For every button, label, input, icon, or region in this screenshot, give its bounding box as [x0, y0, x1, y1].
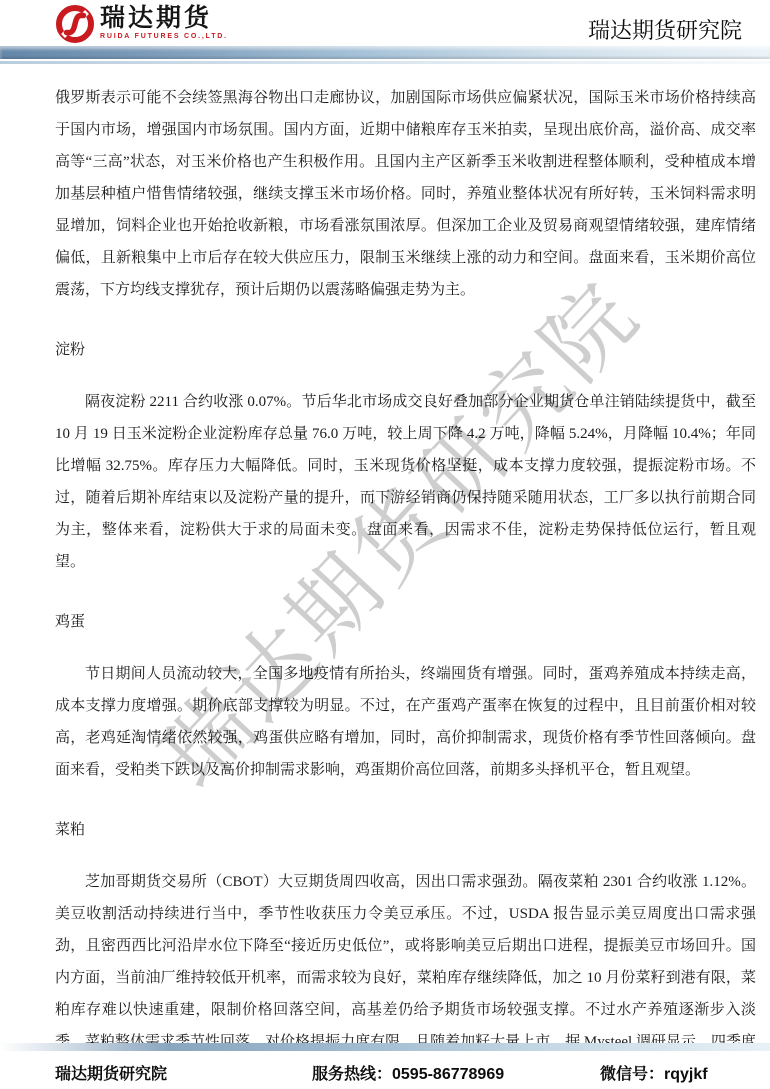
logo-en-text: RUIDA FUTURES CO.,LTD. — [100, 33, 228, 40]
footer-institute: 瑞达期货研究院 — [55, 1061, 167, 1084]
footer-divider-bar — [0, 1043, 770, 1051]
footer-hotline: 服务热线：0595-86778969 — [312, 1061, 504, 1084]
page-header: 瑞达期货 RUIDA FUTURES CO.,LTD. 瑞达期货研究院 — [0, 0, 770, 46]
logo-cn-text: 瑞达期货 — [100, 4, 228, 32]
report-page: 瑞达期货 RUIDA FUTURES CO.,LTD. 瑞达期货研究院 瑞达期货… — [0, 0, 770, 1089]
section-heading-eggs: 鸡蛋 — [55, 612, 756, 632]
section-heading-starch: 淀粉 — [55, 340, 756, 360]
ruida-logo-text: 瑞达期货 RUIDA FUTURES CO.,LTD. — [100, 4, 228, 40]
page-footer: 瑞达期货研究院 服务热线：0595-86778969 微信号：rqyjkf — [0, 1043, 770, 1089]
paragraph-starch: 隔夜淀粉 2211 合约收涨 0.07%。节后华北市场成交良好叠加部分企业期货仓… — [55, 386, 756, 578]
paragraph-corn-continuation: 俄罗斯表示可能不会续签黑海谷物出口走廊协议，加剧国际市场供应偏紧状况，国际玉米市… — [55, 82, 756, 306]
footer-wechat: 微信号：rqyjkf — [600, 1061, 708, 1084]
paragraph-eggs: 节日期间人员流动较大，全国多地疫情有所抬头，终端囤货有增强。同时，蛋鸡养殖成本持… — [55, 658, 756, 786]
section-heading-rapeseed-meal: 菜粕 — [55, 820, 756, 840]
header-title: 瑞达期货研究院 — [588, 14, 742, 45]
report-body: 俄罗斯表示可能不会续签黑海谷物出口走廊协议，加剧国际市场供应偏紧状况，国际玉米市… — [0, 64, 770, 1089]
footer-row: 瑞达期货研究院 服务热线：0595-86778969 微信号：rqyjkf — [0, 1051, 770, 1089]
ruida-logo-icon — [55, 4, 95, 49]
